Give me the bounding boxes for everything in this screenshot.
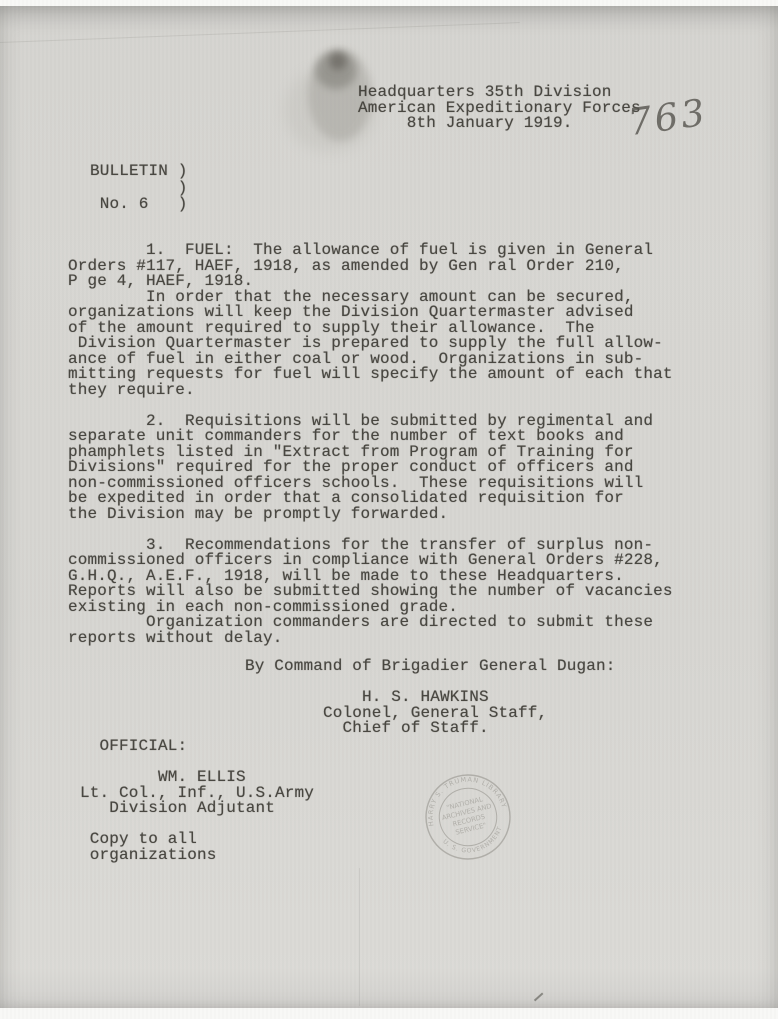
bulletin-heading: BULLETIN ) ) No. 6 ): [90, 163, 188, 213]
vertical-crease: [359, 868, 360, 1006]
official-block: OFFICIAL: WM. ELLISLt. Col., Inf., U.S.A…: [80, 739, 314, 863]
signature-block: By Command of Brigadier General Dugan: H…: [245, 659, 616, 737]
document-header: Headquarters 35th DivisionAmerican Exped…: [358, 85, 641, 132]
document-body: 1. FUEL: The allowance of fuel is given …: [68, 243, 673, 646]
